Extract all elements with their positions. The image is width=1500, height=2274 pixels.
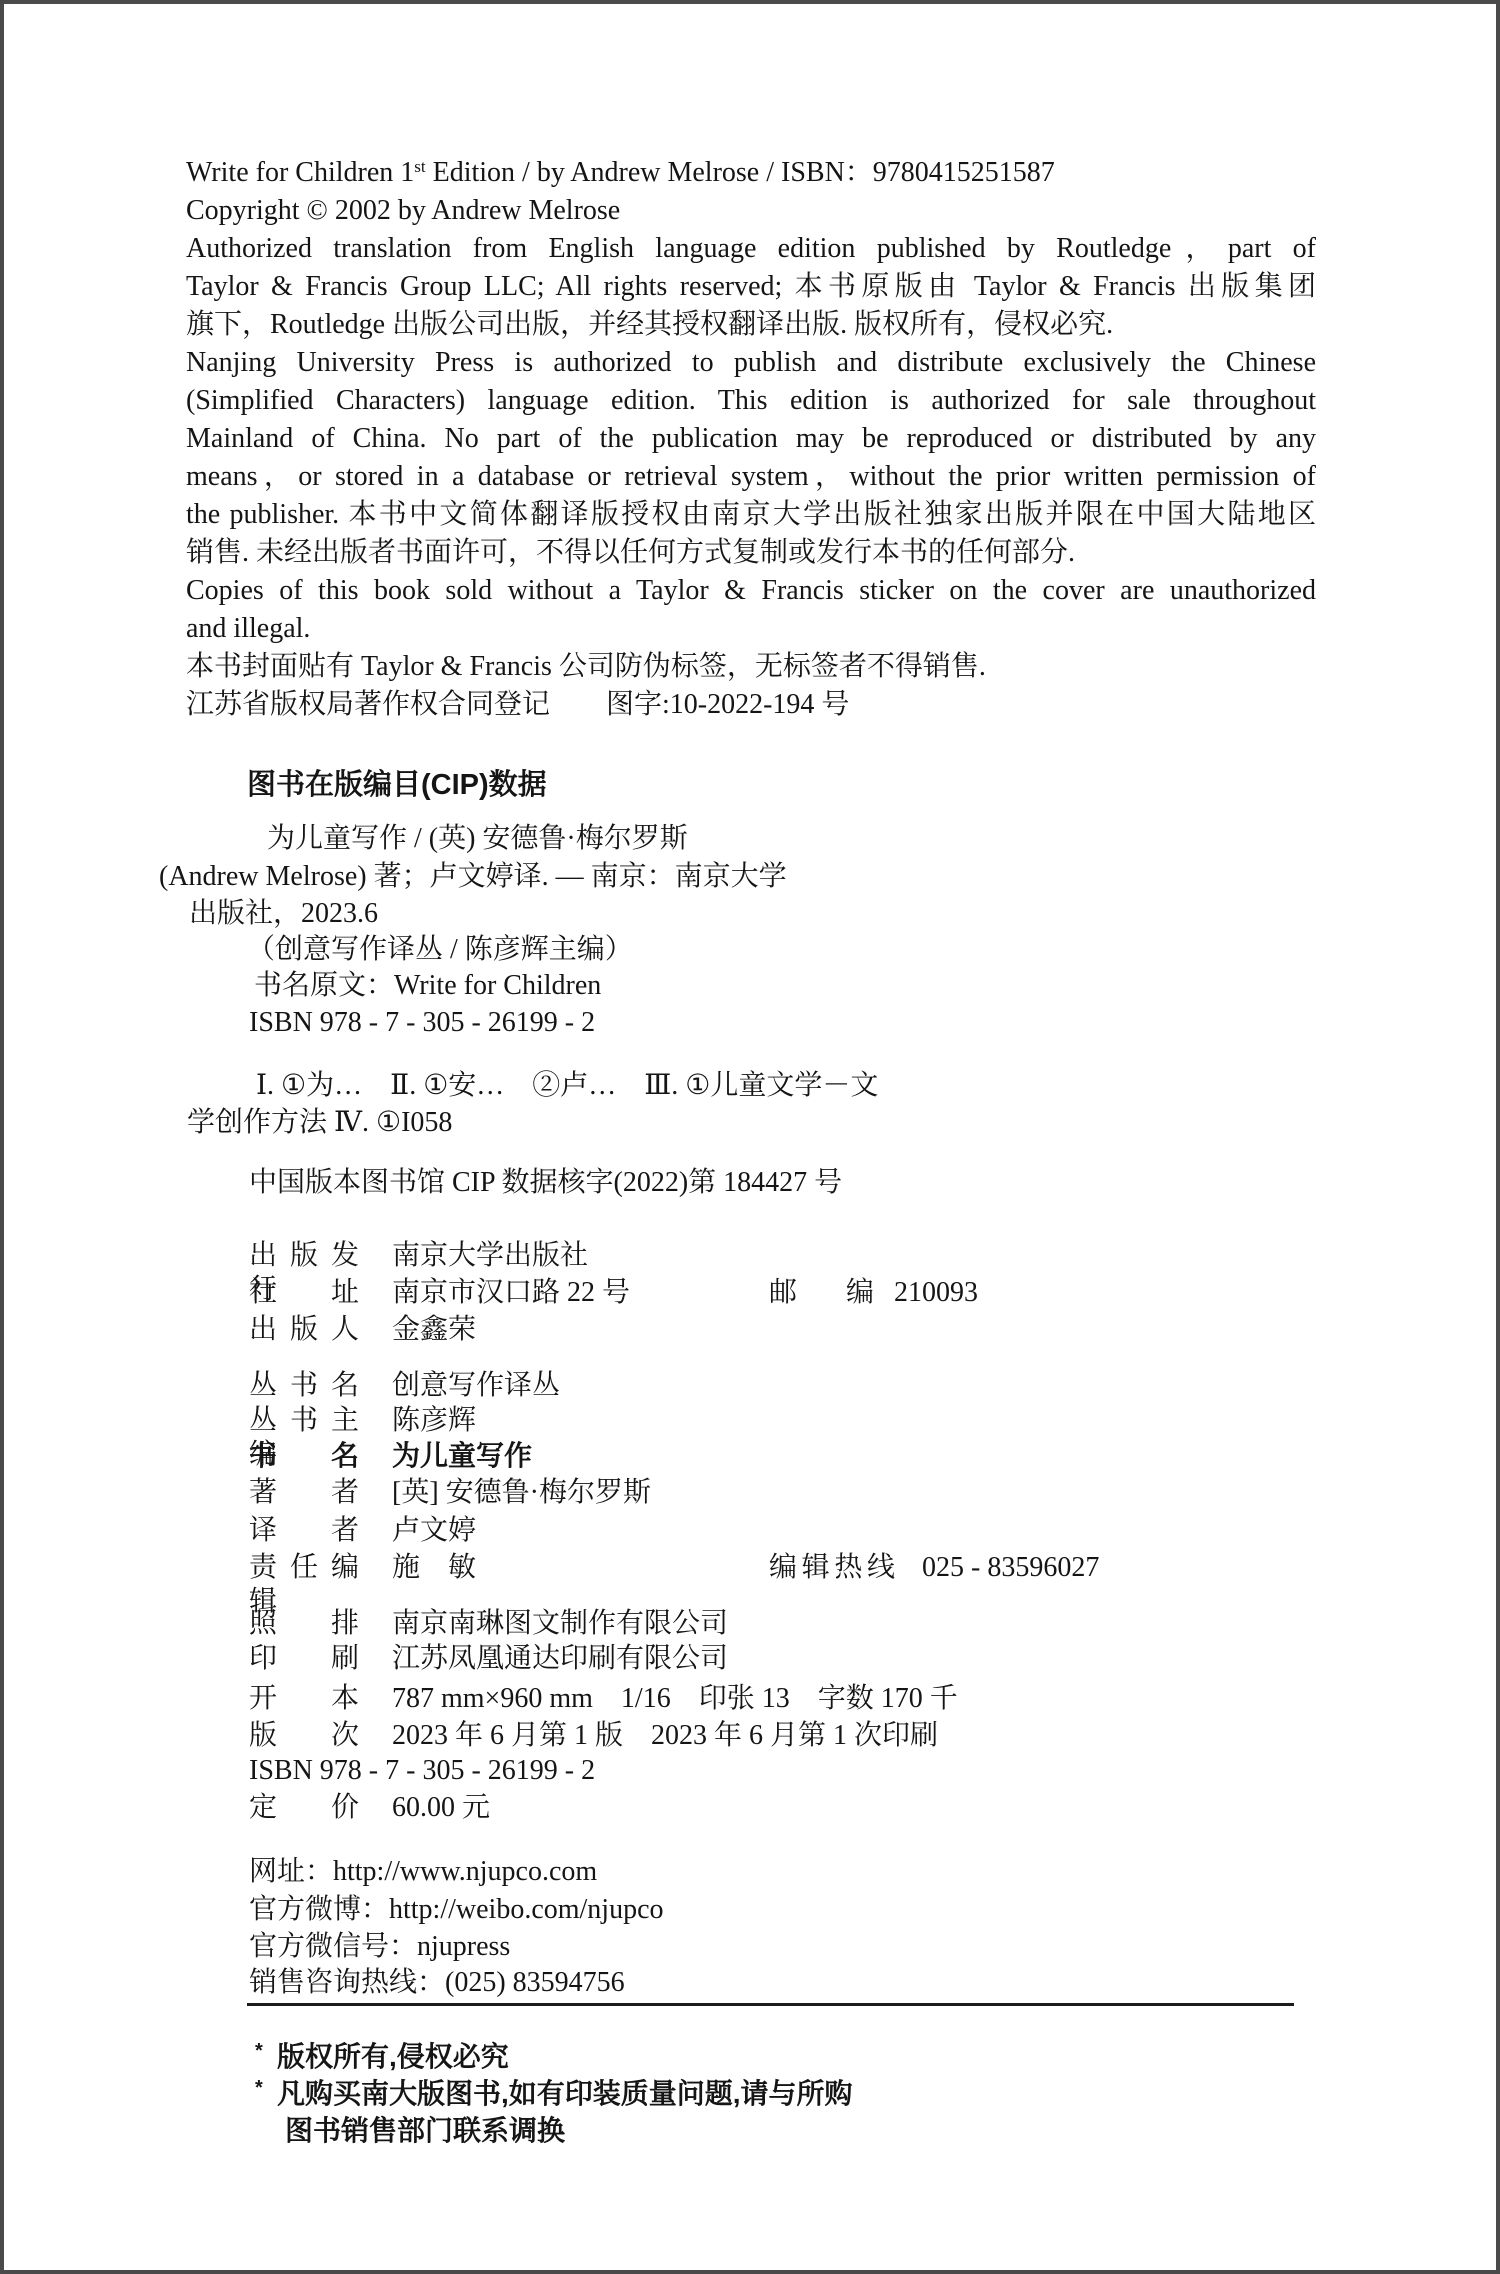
cip-heading: 图书在版编目(CIP)数据 bbox=[247, 762, 547, 803]
copyright-line-8: Mainland of China. No part of the public… bbox=[186, 422, 1316, 456]
imprint-value: 787 mm×960 mm 1/16 印张 13 字数 170 千 bbox=[392, 1682, 958, 1716]
imprint-isbn-line: ISBN 978 - 7 - 305 - 26199 - 2 bbox=[249, 1754, 1349, 1788]
copyright-line-2: Copyright © 2002 by Andrew Melrose bbox=[186, 194, 1316, 228]
imprint-value: 2023 年 6 月第 1 版 2023 年 6 月第 1 次印刷 bbox=[392, 1719, 938, 1753]
imprint-value: 创意写作译丛 bbox=[392, 1369, 560, 1403]
copyright-line-11: 销售. 未经出版者书面许可，不得以任何方式复制或发行本书的任何部分. bbox=[186, 536, 1316, 570]
imprint-value-postcode: 210093 bbox=[894, 1276, 978, 1310]
copyright-line-1: Write for Children 1st Edition / by Andr… bbox=[186, 156, 1316, 193]
imprint-value: 为儿童写作 bbox=[392, 1439, 532, 1473]
cip-classification-line-2: 学创作方法 Ⅳ. ①I058 bbox=[187, 1106, 452, 1140]
imprint-row-price: 定价 60.00 元 bbox=[249, 1791, 1349, 1825]
imprint-label: 译者 bbox=[249, 1514, 359, 1548]
imprint-row-address: 社址 南京市汉口路 22 号 邮编 210093 bbox=[249, 1276, 1349, 1310]
title-edition-pre: Write for Children 1 bbox=[186, 157, 414, 188]
copyright-line-14: 本书封面贴有 Taylor & Francis 公司防伪标签，无标签者不得销售. bbox=[186, 650, 1316, 684]
ordinal-superscript: st bbox=[414, 157, 425, 176]
imprint-value: 施 敏 bbox=[392, 1551, 476, 1585]
copyright-line-10: the publisher. 本书中文简体翻译版授权由南京大学出版社独家出版并限… bbox=[186, 498, 1316, 532]
imprint-row-author: 著者 [英] 安德鲁·梅尔罗斯 bbox=[249, 1476, 1349, 1510]
imprint-value: 卢文婷 bbox=[392, 1514, 476, 1548]
copyright-line-5: 旗下，Routledge 出版公司出版，并经其授权翻译出版. 版权所有，侵权必究… bbox=[186, 308, 1316, 342]
cip-classification-line-1: Ⅰ. ①为… Ⅱ. ①安… ②卢… Ⅲ. ①儿童文学－文 bbox=[256, 1069, 878, 1103]
imprint-label: 开本 bbox=[249, 1682, 359, 1716]
imprint-row-translator: 译者 卢文婷 bbox=[249, 1514, 1349, 1548]
imprint-label-postcode: 邮编 bbox=[769, 1276, 874, 1310]
imprint-label: 照排 bbox=[249, 1607, 359, 1641]
imprint-label-editor-hotline: 编辑热线 bbox=[769, 1551, 895, 1585]
imprint-label: 印刷 bbox=[249, 1642, 359, 1676]
footnote-divider bbox=[247, 2003, 1294, 2006]
imprint-label: 版次 bbox=[249, 1719, 359, 1753]
footnote-asterisk: * bbox=[255, 2077, 263, 2100]
cip-line-isbn: ISBN 978 - 7 - 305 - 26199 - 2 bbox=[249, 1006, 595, 1040]
imprint-value: 南京大学出版社 bbox=[392, 1239, 588, 1273]
imprint-label: 定价 bbox=[249, 1791, 359, 1825]
copyright-line-7: (Simplified Characters) language edition… bbox=[186, 384, 1316, 418]
cip-record-number: 中国版本图书馆 CIP 数据核字(2022)第 184427 号 bbox=[249, 1166, 842, 1200]
cip-line-publisher: 出版社，2023.6 bbox=[189, 897, 378, 931]
imprint-value: 南京南琳图文制作有限公司 bbox=[392, 1607, 728, 1641]
copyright-line-13: and illegal. bbox=[186, 612, 1316, 646]
imprint-value: [英] 安德鲁·梅尔罗斯 bbox=[392, 1476, 651, 1510]
imprint-label: 书名 bbox=[249, 1439, 359, 1473]
copyright-line-6: Nanjing University Press is authorized t… bbox=[186, 346, 1316, 380]
footnote-quality-line-2: 图书销售部门联系调换 bbox=[285, 2114, 565, 2148]
imprint-value: 60.00 元 bbox=[392, 1791, 490, 1825]
imprint-label: 出版人 bbox=[249, 1313, 359, 1347]
website-line: 网址：http://www.njupco.com bbox=[249, 1855, 597, 1889]
book-copyright-page: Write for Children 1st Edition / by Andr… bbox=[0, 0, 1500, 2274]
imprint-value-editor-hotline: 025 - 83596027 bbox=[922, 1551, 1099, 1585]
footnote-copyright: 版权所有,侵权必究 bbox=[277, 2040, 509, 2074]
imprint-row-publisher-person: 出版人 金鑫荣 bbox=[249, 1313, 1349, 1347]
title-edition-post: Edition / by Andrew Melrose / ISBN：97804… bbox=[426, 157, 1055, 188]
registration-line: 江苏省版权局著作权合同登记 图字:10-2022-194 号 bbox=[186, 688, 1316, 722]
sales-hotline-line: 销售咨询热线：(025) 83594756 bbox=[249, 1966, 625, 2000]
cip-line-author: (Andrew Melrose) 著；卢文婷译. — 南京：南京大学 bbox=[159, 860, 787, 894]
cip-line-original-title: 书名原文：Write for Children bbox=[254, 969, 601, 1003]
weibo-line: 官方微博：http://weibo.com/njupco bbox=[249, 1893, 664, 1927]
imprint-value: 金鑫荣 bbox=[392, 1313, 476, 1347]
imprint-label: 社址 bbox=[249, 1276, 359, 1310]
imprint-row-typesetting: 照排 南京南琳图文制作有限公司 bbox=[249, 1607, 1349, 1641]
imprint-row-series-name: 丛书名 创意写作译丛 bbox=[249, 1369, 1349, 1403]
wechat-line: 官方微信号：njupress bbox=[249, 1930, 510, 1964]
imprint-row-edition: 版次 2023 年 6 月第 1 版 2023 年 6 月第 1 次印刷 bbox=[249, 1719, 1349, 1753]
imprint-value: 江苏凤凰通达印刷有限公司 bbox=[392, 1642, 728, 1676]
footnote-asterisk: * bbox=[255, 2040, 263, 2063]
imprint-row-format: 开本 787 mm×960 mm 1/16 印张 13 字数 170 千 bbox=[249, 1682, 1349, 1716]
imprint-row-book-title: 书名 为儿童写作 bbox=[249, 1439, 1349, 1473]
imprint-row-printing: 印刷 江苏凤凰通达印刷有限公司 bbox=[249, 1642, 1349, 1676]
copyright-line-12: Copies of this book sold without a Taylo… bbox=[186, 574, 1316, 608]
copyright-line-4: Taylor & Francis Group LLC; All rights r… bbox=[186, 270, 1316, 304]
cip-line-title: 为儿童写作 / (英) 安德鲁·梅尔罗斯 bbox=[267, 822, 688, 856]
imprint-label: 丛书名 bbox=[249, 1369, 359, 1403]
cip-line-series: （创意写作译丛 / 陈彦辉主编） bbox=[247, 933, 633, 967]
copyright-line-9: means，or stored in a database or retriev… bbox=[186, 460, 1316, 494]
copyright-line-3: Authorized translation from English lang… bbox=[186, 232, 1316, 266]
imprint-value: 陈彦辉 bbox=[392, 1404, 476, 1438]
imprint-value: 南京市汉口路 22 号 bbox=[392, 1276, 630, 1310]
imprint-label: 著者 bbox=[249, 1476, 359, 1510]
footnote-quality-line-1: 凡购买南大版图书,如有印装质量问题,请与所购 bbox=[277, 2077, 853, 2111]
